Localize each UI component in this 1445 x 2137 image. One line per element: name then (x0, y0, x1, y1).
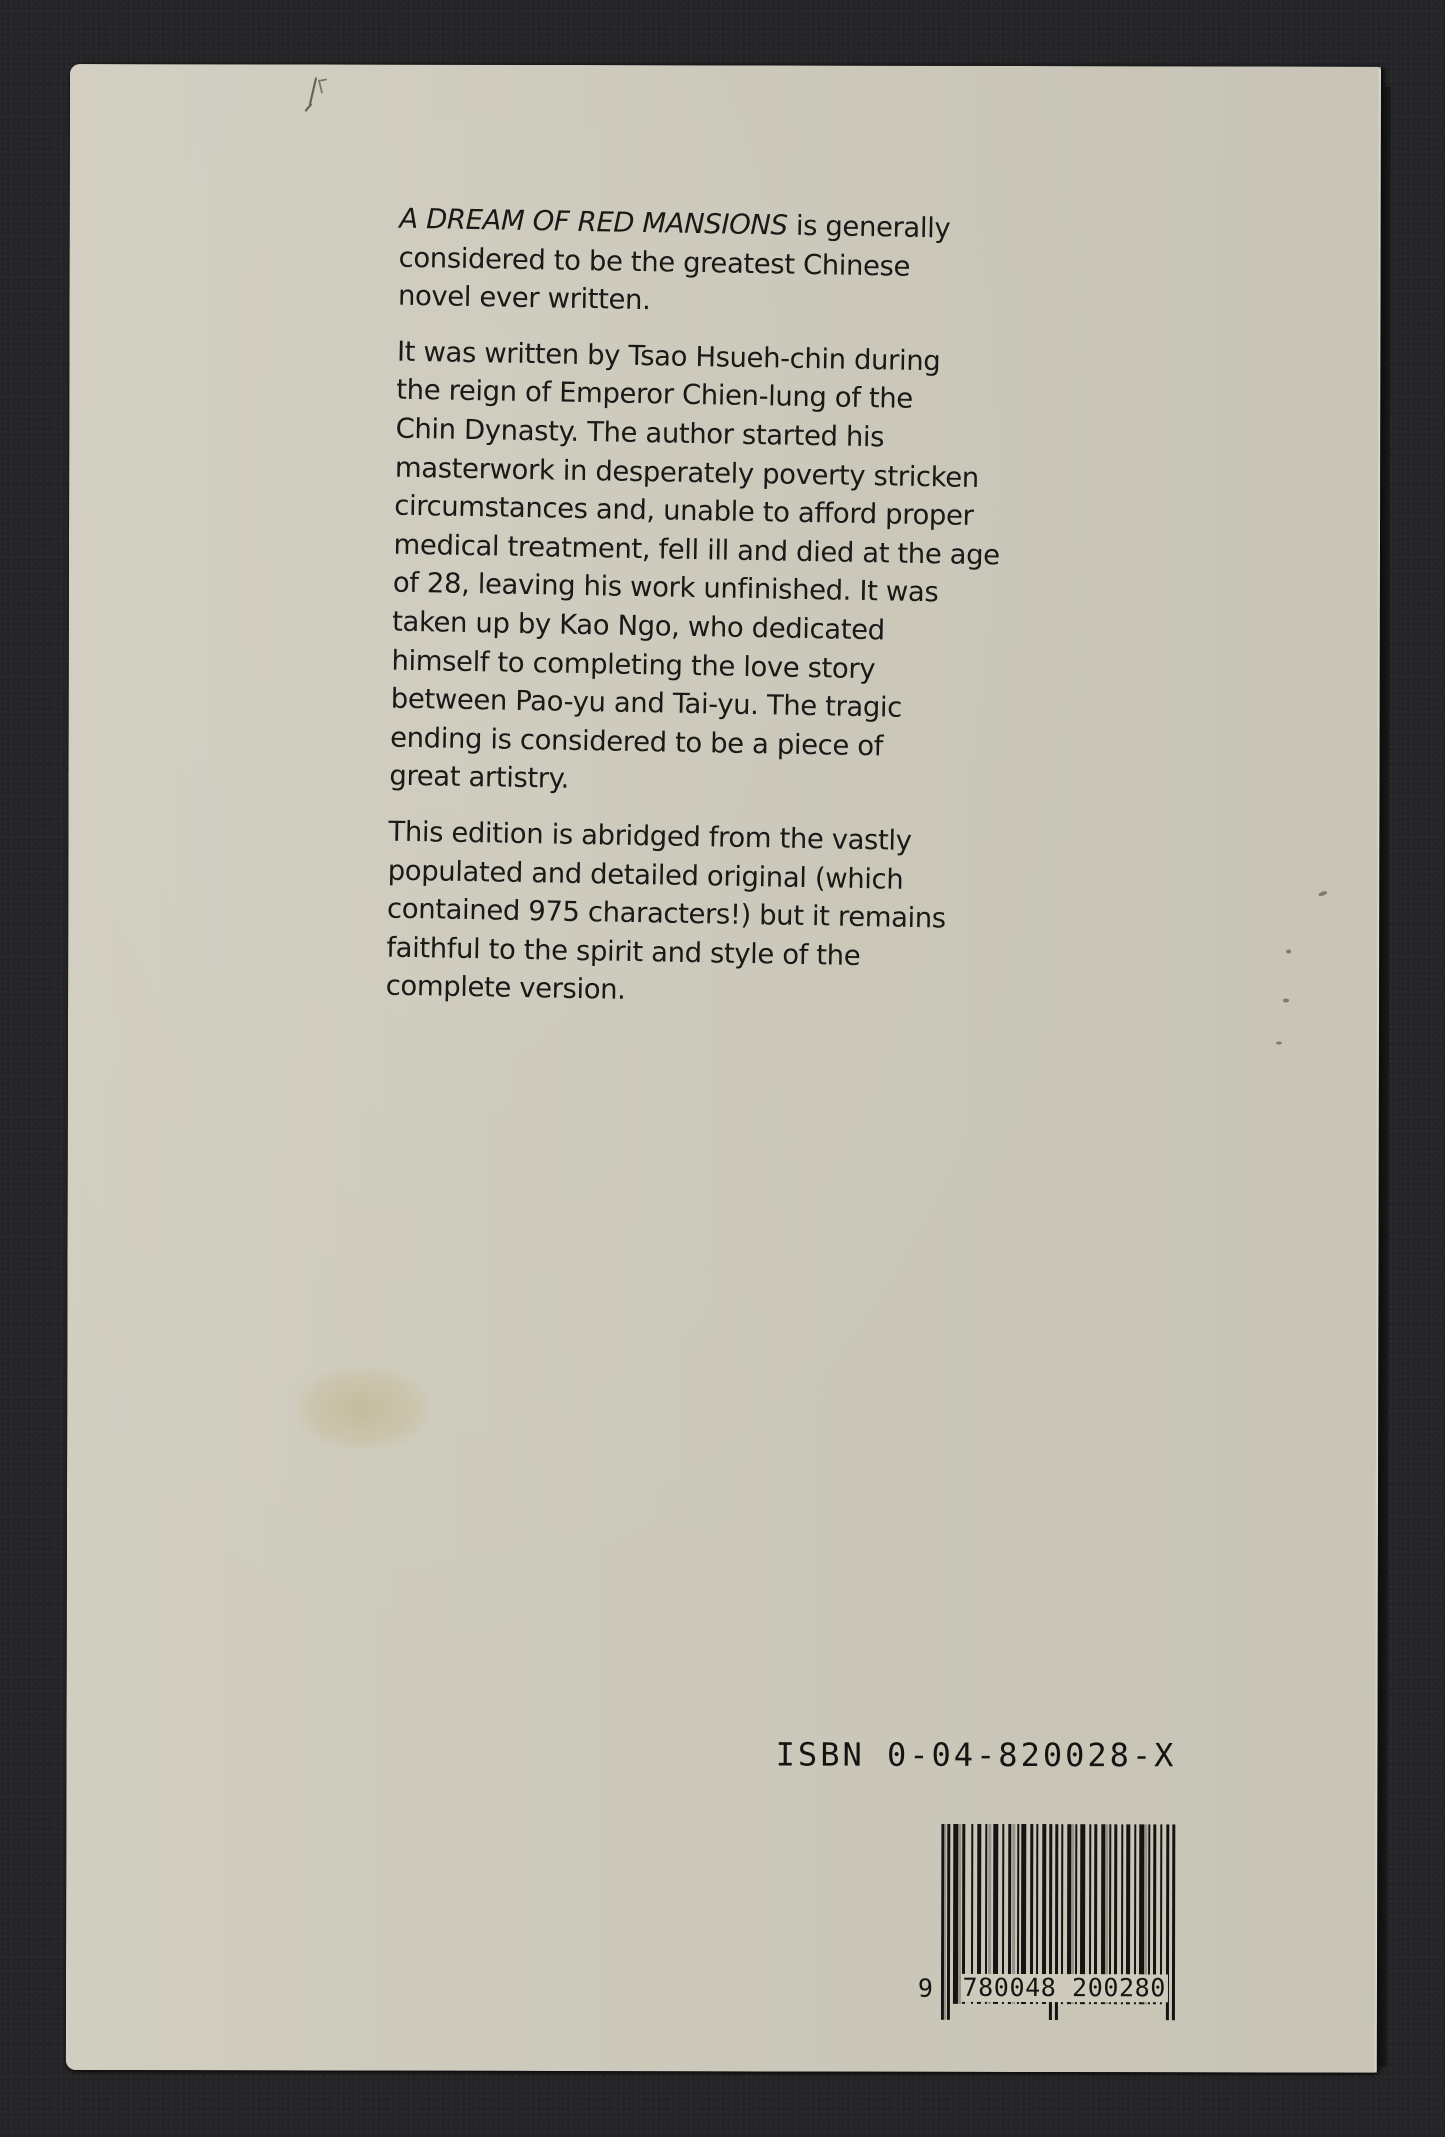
paper-speck (1276, 1042, 1282, 1045)
blurb-text: A DREAM OF RED MANSIONS is generally con… (385, 200, 1120, 1036)
barcode-prefix-digit: 9 (918, 1974, 933, 2003)
paper-speck (1286, 950, 1291, 954)
blurb-paragraph-history: It was written by Tsao Hsueh-chin during… (389, 332, 1117, 808)
book-back-cover: A DREAM OF RED MANSIONS is generally con… (66, 64, 1381, 2073)
barcode-digits: 780048 200280 (960, 1974, 1168, 2002)
isbn-number: ISBN 0-04-820028-X (776, 1735, 1177, 1774)
blurb-paragraph-intro: A DREAM OF RED MANSIONS is generally con… (398, 200, 1120, 329)
isbn-block: ISBN 0-04-820028-X (676, 1735, 1177, 2036)
book-title: A DREAM OF RED MANSIONS (399, 203, 788, 242)
paper-speck (1283, 999, 1289, 1003)
pencil-mark-icon (302, 74, 332, 114)
paper-speck (1318, 890, 1328, 897)
paper-stain (297, 1367, 427, 1449)
blurb-paragraph-edition: This edition is abridged from the vastly… (385, 813, 1108, 1019)
